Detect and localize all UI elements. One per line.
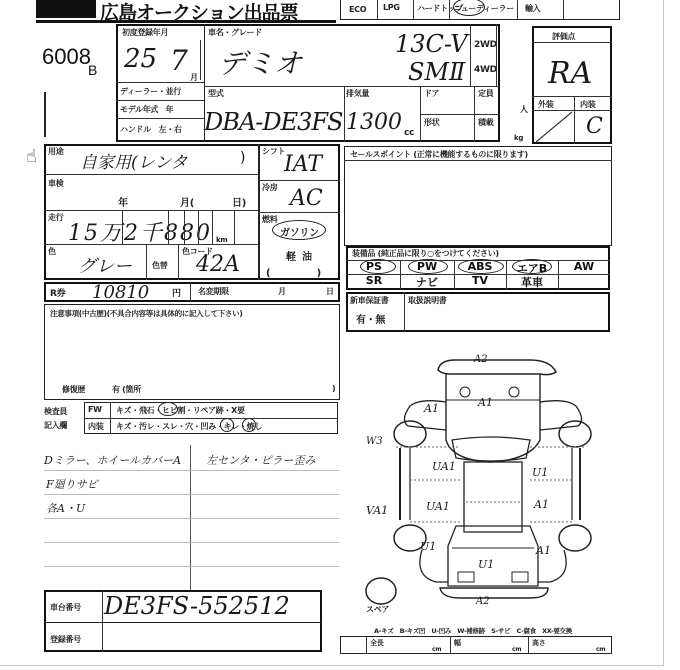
inspection-day: 日): [232, 194, 246, 209]
divider: [168, 210, 169, 244]
fw-label: FW: [88, 405, 102, 414]
name-change-day: 日: [326, 286, 334, 297]
divider: [377, 0, 378, 20]
mark-front: A2: [474, 354, 488, 365]
color-label: 色: [48, 246, 56, 257]
remark-left-1: Dミラー、ホイールカバーA: [44, 452, 181, 468]
shift-value: IAT: [284, 152, 322, 177]
divider: [574, 96, 575, 144]
score-value: RA: [548, 56, 592, 91]
spare-tire-icon: [364, 576, 398, 606]
interior-inspect-label: 内装: [88, 421, 103, 432]
car-name-label: 車名・グレード: [208, 27, 262, 38]
mark-fender-left: A1: [424, 402, 439, 415]
dealer-label: ディーラー・並行: [120, 86, 181, 97]
divider: [116, 82, 204, 83]
divider: [420, 114, 500, 115]
divider: [146, 244, 147, 280]
divider: [563, 0, 564, 20]
divider: [404, 292, 405, 332]
mileage-label: 走行: [48, 212, 63, 223]
option-eco: ECO: [349, 5, 366, 14]
equip-pw: PW: [400, 260, 454, 273]
width-unit: cm: [512, 646, 521, 653]
divider: [258, 180, 340, 181]
divider: [110, 402, 111, 434]
mark-door-left-front: UA1: [432, 460, 456, 473]
top-options-row: ECO LPG ハードトップ ニューディーラー 輸入: [340, 0, 620, 20]
lot-suffix: B: [88, 62, 97, 78]
circle-mark: [242, 418, 256, 432]
equip-sr: SR: [348, 274, 400, 287]
length-unit: cm: [432, 646, 441, 653]
recycle-unit: 円: [172, 286, 181, 299]
fuel-label: 燃料: [262, 214, 277, 225]
recycle-value: 10810: [92, 282, 149, 303]
shift-label: シフト: [262, 146, 285, 157]
mileage-unit: km: [216, 236, 227, 244]
usage-close: ): [240, 150, 245, 166]
model-value: DBA-DE3FS: [204, 108, 342, 136]
inspector-label-1: 検査員: [44, 406, 67, 417]
color-value: グレー: [78, 252, 132, 278]
divider: [84, 418, 338, 419]
name-change-label: 名変期限: [198, 286, 229, 297]
equip-aw: AW: [558, 260, 610, 273]
drive-4wd: 4WD: [474, 65, 497, 75]
divider: [234, 210, 235, 244]
warranty-label: 新車保証書: [350, 295, 389, 306]
divider: [344, 86, 345, 142]
divider: [198, 210, 199, 244]
equip-tv: TV: [454, 274, 506, 287]
divider: [178, 244, 179, 280]
lot-bracket: [44, 92, 46, 137]
fuel-other: ( ): [266, 264, 325, 279]
warranty-value: 有・無: [356, 311, 385, 326]
divider: [116, 118, 204, 119]
remark-left-3: 各A・U: [46, 500, 85, 516]
divider: [44, 244, 258, 245]
auction-logo: [36, 0, 96, 18]
interior-label: 内装: [580, 99, 595, 110]
divider: [200, 40, 201, 80]
mark-hood: A1: [478, 396, 493, 409]
load-unit: kg: [514, 134, 523, 142]
mark-trunk: U1: [478, 558, 494, 571]
cooler-label: 冷房: [262, 182, 277, 193]
repair-label: 修復歴: [62, 384, 85, 395]
circle-mark: [220, 418, 234, 432]
fuel-diesel: 軽油: [286, 248, 318, 263]
divider: [184, 210, 185, 244]
hand-pointer-icon: ☝: [26, 146, 37, 167]
ruled-line: [44, 494, 339, 495]
cooler-value: AC: [290, 186, 323, 211]
divider: [190, 282, 191, 302]
mileage-value: 15万2千880: [68, 216, 212, 247]
option-import: 輸入: [525, 3, 540, 14]
score-label: 評価点: [552, 31, 575, 42]
divider: [102, 590, 103, 652]
ruled-line: [44, 518, 339, 519]
mark-door-right-front: U1: [532, 466, 548, 479]
spare-label: スペア: [366, 604, 389, 615]
width-label: 幅: [454, 638, 461, 648]
circle-mark: [158, 402, 178, 416]
inspector-label-2: 記入欄: [44, 420, 67, 431]
divider: [204, 86, 500, 87]
divider: [517, 0, 518, 20]
divider: [496, 24, 497, 86]
fw-options: キズ・飛石・ヒビ割・リペア跡・X要: [116, 405, 245, 416]
color-code-value: 42A: [196, 252, 240, 277]
name-change-month: 月: [278, 286, 286, 297]
divider: [413, 0, 414, 20]
option-new-dealer: ニューディーラー: [453, 3, 514, 14]
divider: [44, 210, 258, 211]
notes-header: 注意事項(中古歴)(不具合内容等は具体的に記入して下さい): [50, 308, 243, 319]
mark-sill-left: VA1: [366, 504, 388, 517]
mark-mirror-left: W3: [366, 436, 383, 447]
height-label: 高さ: [532, 638, 545, 648]
displacement-value: 1300: [346, 110, 402, 135]
equip-navi: ナビ: [400, 274, 454, 290]
title-underline: [36, 20, 336, 23]
chassis-value: DE3FS-552512: [104, 592, 290, 620]
repair-close: ): [332, 384, 335, 393]
registration-number-label: 登録番号: [50, 634, 81, 645]
divider: [450, 636, 451, 654]
shape-label: 形状: [424, 117, 439, 128]
divider: [366, 636, 367, 654]
ruled-line: [44, 566, 339, 567]
chassis-label: 車台番号: [50, 602, 81, 613]
registration-month: 7: [170, 44, 188, 77]
divider: [532, 42, 612, 43]
displacement-unit: cc: [404, 128, 414, 138]
registration-year: 25: [124, 44, 157, 74]
divider: [116, 100, 204, 101]
divider: [122, 210, 123, 244]
divider: [474, 86, 475, 142]
drive-2wd: 2WD: [474, 40, 497, 50]
height-unit: cm: [596, 646, 605, 653]
divider: [44, 622, 322, 623]
mark-door-right-rear: A1: [534, 498, 549, 511]
length-label: 全長: [370, 638, 383, 648]
divider: [258, 212, 340, 213]
model-year-label: モデル年式 年: [120, 104, 174, 115]
ruled-line: [44, 470, 339, 471]
equip-ps: PS: [348, 260, 400, 273]
exterior-label: 外装: [538, 99, 553, 110]
damage-legend: A-キズ B-キズ凹 U-凹み W-補修跡 S-サビ C-腐食 XX-要交換: [374, 626, 572, 635]
recycle-row: [44, 282, 340, 302]
remark-right-1: 左センタ・ピラー歪み: [206, 452, 316, 468]
divider: [449, 0, 450, 20]
mark-quarter-left: U1: [420, 540, 436, 553]
grade-line1: 13C-V: [395, 30, 468, 58]
grade-line2: SMⅡ: [408, 58, 465, 86]
usage-value: 自家用(レンタ: [80, 148, 188, 173]
manual-label: 取扱説明書: [408, 295, 447, 306]
equip-abs: ABS: [454, 260, 506, 273]
equip-leather: 革車: [506, 274, 558, 290]
remark-left-2: F廻りサビ: [46, 476, 98, 492]
car-damage-diagram: [380, 350, 620, 610]
sales-point-header: セールスポイント (正常に機能するものに限ります): [350, 149, 528, 160]
model-label: 型式: [208, 88, 223, 99]
color-change-label: 色替: [152, 260, 167, 271]
usage-label: 用途: [48, 146, 63, 157]
option-lpg: LPG: [383, 3, 400, 12]
divider: [470, 24, 471, 86]
door-label: ドア: [424, 88, 439, 99]
divider: [44, 174, 258, 175]
ruled-line: [44, 542, 339, 543]
interior-options: キズ・汚レ・スレ・穴・凹み・キレ・焼し: [116, 421, 262, 432]
load-label: 積載: [478, 117, 493, 128]
divider: [532, 96, 612, 97]
lot-number: 6008: [42, 44, 91, 70]
capacity-unit: 人: [520, 104, 528, 115]
mark-rear: A2: [476, 596, 490, 607]
sales-point-box: [344, 146, 612, 246]
divider: [344, 160, 612, 161]
exterior-slash-mark: [534, 110, 574, 144]
equipment-header: 装備品 (純正品に限り○をつけてください): [352, 248, 499, 259]
mark-door-left-rear: UA1: [426, 500, 450, 513]
interior-value: C: [586, 114, 603, 139]
inspection-year: 年: [118, 194, 128, 209]
registration-label: 初度登録年月: [122, 27, 168, 38]
displacement-label: 排気量: [346, 88, 369, 99]
mark-quarter-right: A1: [536, 544, 551, 557]
fuel-selected: ガソリン: [280, 224, 319, 239]
repair-value: 有 (箇所: [112, 384, 141, 395]
inspection-month: 月(: [180, 194, 194, 209]
car-name: デミオ: [218, 42, 302, 82]
handle-label: ハンドル 左・右: [120, 124, 182, 135]
recycle-label: R券: [50, 286, 65, 299]
inspection-label: 車検: [48, 178, 63, 189]
divider: [528, 636, 529, 654]
capacity-label: 定員: [478, 88, 493, 99]
divider: [212, 210, 213, 244]
